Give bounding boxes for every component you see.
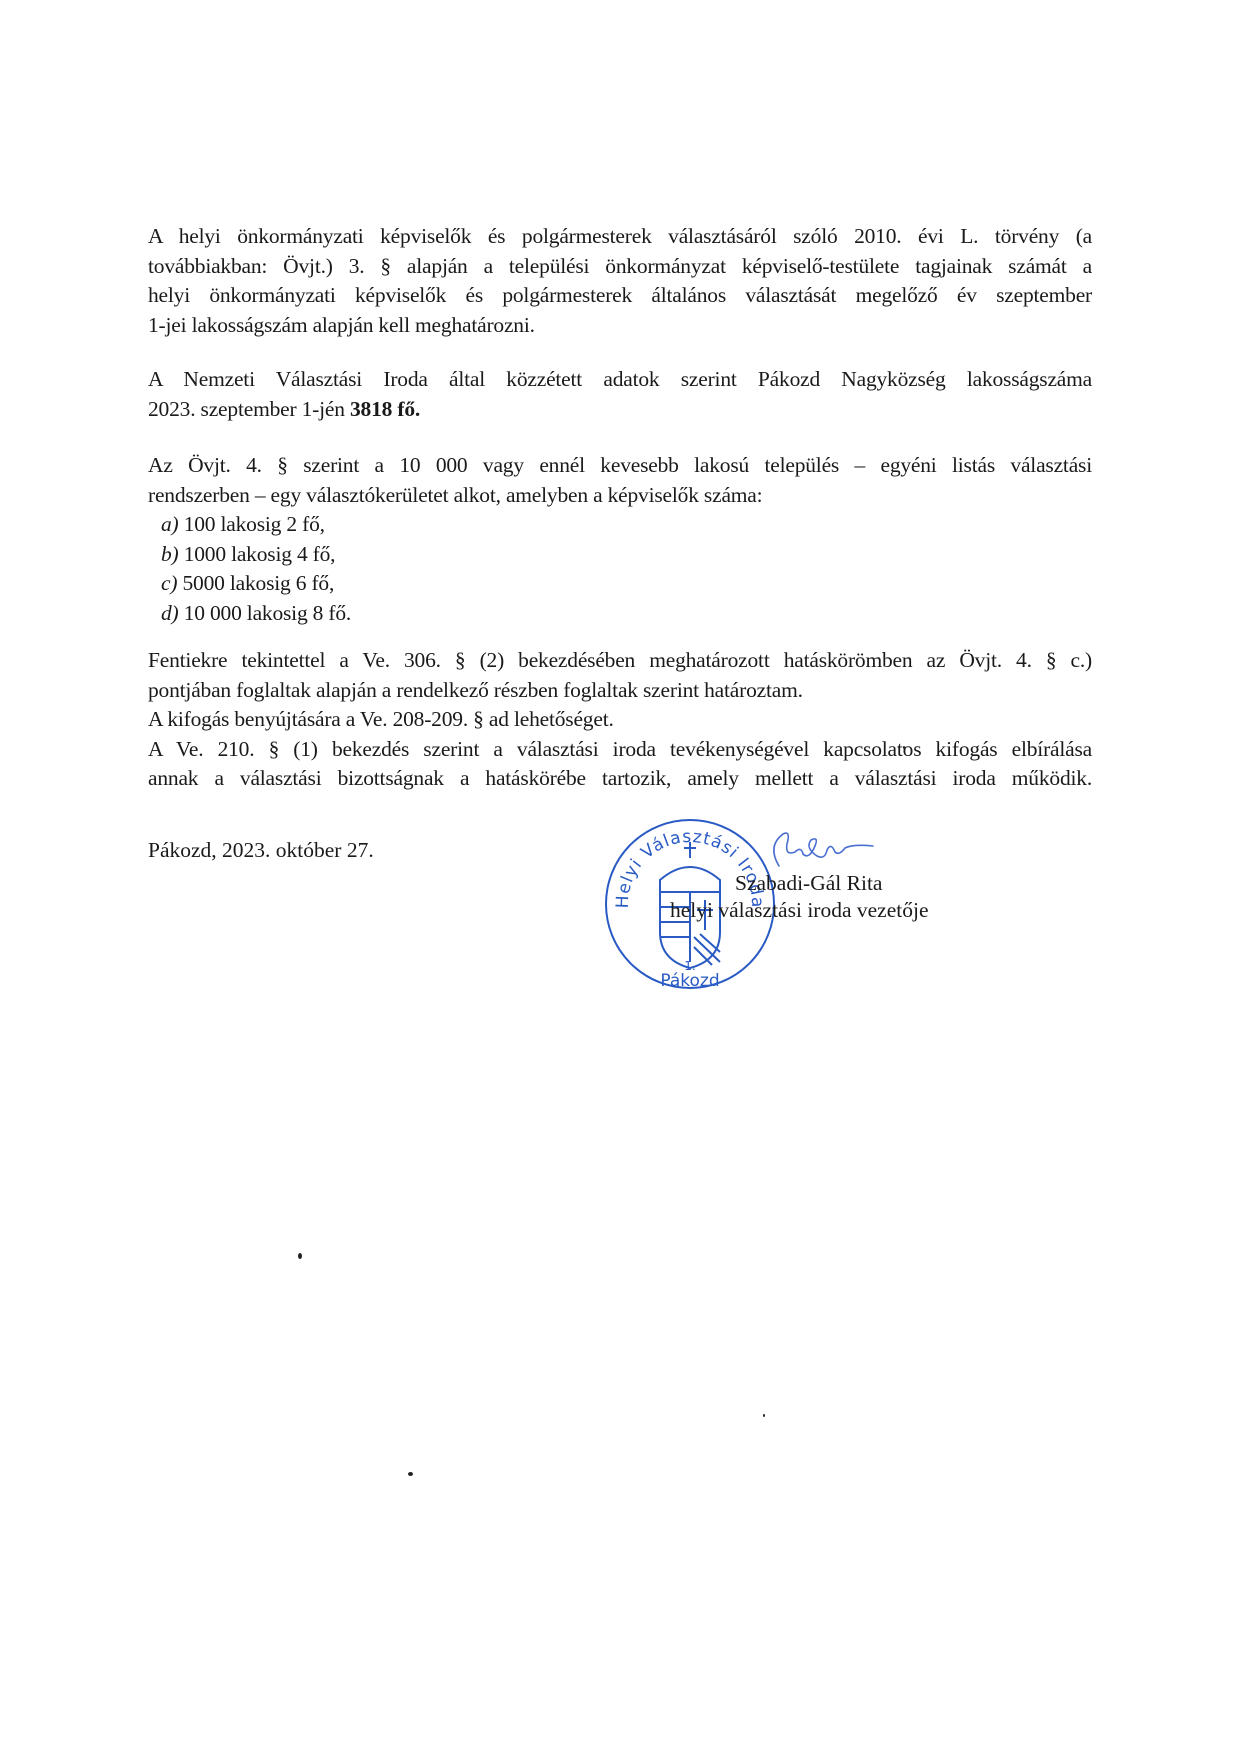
list-text: 5000 lakosig 6 fő,: [177, 571, 334, 595]
list-marker: b): [161, 542, 179, 566]
paragraph-decision: Fentiekre tekintettel a Ve. 306. § (2) b…: [148, 646, 1092, 794]
document-page: A helyi önkormányzati képviselők és polg…: [0, 0, 1240, 1754]
list-marker: a): [161, 512, 179, 536]
paragraph-representatives: Az Övjt. 4. § szerint a 10 000 vagy enné…: [148, 451, 1092, 628]
text-line: helyi önkormányzati képviselők és polgár…: [148, 281, 1092, 311]
text-line: A Nemzeti Választási Iroda által közzéte…: [148, 365, 1092, 395]
list-item: a) 100 lakosig 2 fő,: [148, 510, 1092, 540]
text-line: 1-jei lakosságszám alapján kell meghatár…: [148, 311, 1092, 341]
text-line: A Ve. 210. § (1) bekezdés szerint a vála…: [148, 735, 1092, 765]
text-line: rendszerben – egy választókerületet alko…: [148, 481, 1092, 511]
text-line: A kifogás benyújtására a Ve. 208-209. § …: [148, 705, 1092, 735]
text-line: annak a választási bizottságnak a hatásk…: [148, 764, 1092, 794]
population-date-text: 2023. szeptember 1-jén: [148, 397, 350, 421]
signatory-name: Szabadi-Gál Rita: [735, 871, 882, 896]
list-text: 10 000 lakosig 8 fő.: [179, 601, 352, 625]
list-item: c) 5000 lakosig 6 fő,: [148, 569, 1092, 599]
list-marker: d): [161, 601, 179, 625]
text-line: Az Övjt. 4. § szerint a 10 000 vagy enné…: [148, 451, 1092, 481]
list-marker: c): [161, 571, 177, 595]
handwritten-signature-icon: [765, 826, 875, 876]
signatory-title: helyi választási iroda vezetője: [670, 898, 928, 923]
list-item: d) 10 000 lakosig 8 fő.: [148, 599, 1092, 629]
text-line: 2023. szeptember 1-jén 3818 fő.: [148, 395, 1092, 425]
scan-speck: [298, 1253, 302, 1259]
paragraph-population: A Nemzeti Választási Iroda által közzéte…: [148, 365, 1092, 424]
representatives-list: a) 100 lakosig 2 fő, b) 1000 lakosig 4 f…: [148, 510, 1092, 628]
text-line: pontjában foglaltak alapján a rendelkező…: [148, 676, 1092, 706]
text-line: A helyi önkormányzati képviselők és polg…: [148, 222, 1092, 252]
list-text: 100 lakosig 2 fő,: [179, 512, 325, 536]
list-item: b) 1000 lakosig 4 fő,: [148, 540, 1092, 570]
text-line: Fentiekre tekintettel a Ve. 306. § (2) b…: [148, 646, 1092, 676]
stamp-bottom-text: Pákozd: [660, 971, 719, 991]
scan-speck: [903, 746, 905, 749]
document-date: Pákozd, 2023. október 27.: [148, 838, 374, 863]
scan-speck: [763, 1414, 765, 1417]
text-line: továbbiakban: Övjt.) 3. § alapján a tele…: [148, 252, 1092, 282]
list-text: 1000 lakosig 4 fő,: [179, 542, 336, 566]
paragraph-legal-basis: A helyi önkormányzati képviselők és polg…: [148, 222, 1092, 340]
population-value: 3818 fő.: [350, 397, 420, 421]
scan-speck: [408, 1472, 413, 1476]
